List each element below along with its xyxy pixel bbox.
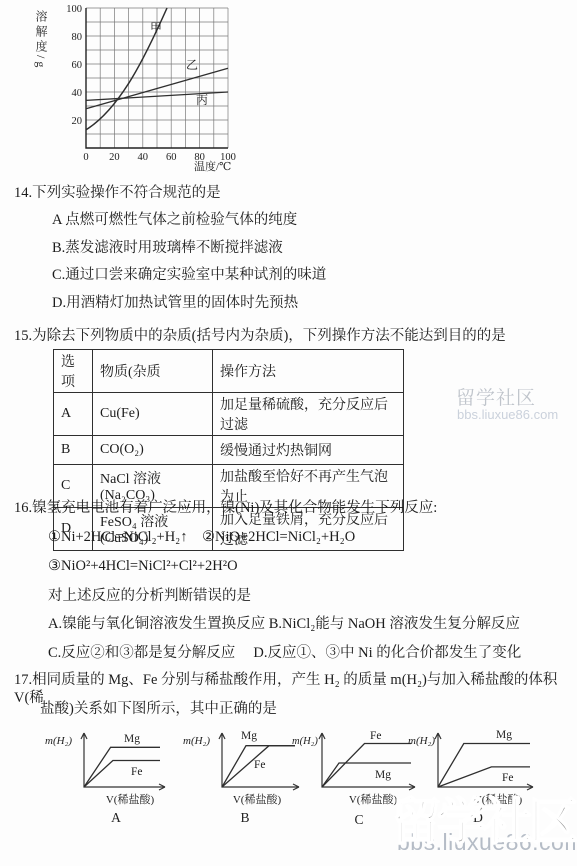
cell-method: 缓慢通过灼热铜网	[213, 436, 404, 465]
cell-option: A	[54, 393, 93, 436]
mg-label: Mg	[124, 733, 140, 745]
question-15-stem: 15.为除去下列物质中的杂质(括号内为杂质)，下列操作方法不能达到目的的是	[14, 327, 506, 345]
solubility-x-axis-label: 温度/℃	[194, 159, 231, 173]
question-17-stem-line2: 盐酸)关系如下图所示，其中正确的是	[40, 700, 277, 718]
axes	[322, 733, 415, 787]
axes	[438, 733, 533, 787]
cell-substance: Cu(Fe)	[93, 393, 213, 436]
solubility-chart: 甲 乙 丙 100 80 60 40 20 0 20 40 60 80 100 …	[26, 0, 244, 172]
cell-method: 加足量稀硫酸，充分反应后过滤	[213, 393, 404, 436]
y-label: m(H₂)	[408, 735, 435, 747]
q14-option-d: D.用酒精灯加热试管里的固体时先预热	[52, 294, 298, 312]
x-tick-60: 60	[166, 152, 177, 163]
x-label: V(稀盐酸)	[106, 792, 155, 806]
y-label: m(H₂)	[292, 736, 318, 747]
y-tick-80: 80	[72, 32, 83, 43]
table-row: B CO(O₂) 缓慢通过灼热铜网	[54, 436, 404, 465]
watermark-site-name-small: 留学社区	[456, 383, 536, 410]
curve-label-bing: 丙	[196, 93, 208, 107]
graph-letter: C	[354, 812, 363, 827]
header-option: 选项	[54, 350, 93, 393]
graph-letter: B	[240, 810, 249, 825]
q14-option-b: B.蒸发滤液时用玻璃棒不断搅拌滤液	[52, 239, 283, 257]
fe-label: Fe	[370, 730, 382, 742]
watermark-url-small: bbs.liuxue86.com	[457, 407, 558, 422]
y-label: m(H₂)	[45, 735, 72, 747]
q14-option-c: C.通过口尝来确定实验室中某种试剂的味道	[52, 266, 326, 284]
q16-equation-3: ③NiO²+4HCl=NiCl²+Cl²+2H²O	[48, 557, 238, 575]
curve-label-yi: 乙	[186, 58, 198, 72]
impurity-table: 选项 物质(杂质 操作方法 A Cu(Fe) 加足量稀硫酸，充分反应后过滤 B …	[53, 349, 404, 551]
q14-option-a: A 点燃可燃性气体之前检验气体的纯度	[52, 211, 297, 229]
mg-label: Mg	[496, 729, 512, 741]
axis-arrows	[81, 733, 165, 790]
table-row: A Cu(Fe) 加足量稀硫酸，充分反应后过滤	[54, 393, 404, 436]
header-method: 操作方法	[213, 350, 404, 393]
y-tick-100: 100	[66, 4, 82, 15]
y-tick-20: 20	[72, 116, 83, 127]
y-tick-60: 60	[72, 60, 83, 71]
mini-graph-b: m(H₂) Mg Fe V(稀盐酸) B	[177, 724, 307, 826]
q16-prompt: 对上述反应的分析判断错误的是	[48, 587, 251, 605]
fe-label: Fe	[131, 766, 143, 778]
curve-mg	[438, 744, 530, 788]
question-14-stem: 14.下列实验操作不符合规范的是	[14, 184, 221, 202]
graph-letter: A	[111, 810, 121, 825]
y-tick-40: 40	[72, 88, 83, 99]
fe-label: Fe	[254, 759, 266, 771]
x-tick-20: 20	[109, 152, 120, 163]
x-label: V(稀盐酸)	[233, 792, 282, 806]
mg-label: Mg	[375, 769, 391, 781]
watermark-site-name: 留学社区	[391, 782, 575, 854]
curve-fe	[84, 761, 160, 788]
x-tick-40: 40	[138, 152, 149, 163]
question-16-stem: 16.镍氢充电电池有着广泛应用，镍(Ni)及其化合物能发生下列反应:	[14, 499, 437, 517]
y-label: m(H₂)	[183, 735, 210, 747]
curve-mg	[84, 747, 160, 787]
curve-fe	[322, 744, 411, 788]
x-tick-0: 0	[83, 152, 88, 163]
cell-option: B	[54, 436, 93, 465]
cell-substance: CO(O₂)	[93, 436, 213, 465]
header-substance: 物质(杂质	[93, 350, 213, 393]
table-header-row: 选项 物质(杂质 操作方法	[54, 350, 404, 393]
curve-label-jia: 甲	[150, 21, 162, 35]
mini-graph-a: m(H₂) Mg Fe V(稀盐酸) A	[38, 724, 173, 826]
exam-page: 溶解度/g 甲 乙 丙 100 80 60 40 20 0 20 40 60 8…	[0, 0, 577, 866]
q16-options-ab: A.镍能与氧化铜溶液发生置换反应 B.NiCl₂能与 NaOH 溶液发生复分解反…	[48, 615, 520, 633]
q16-equations-1-2: ①Ni+2HCl=NiCl₂+H₂↑ ②NiO+2HCl=NiCl₂+H₂O	[48, 528, 355, 546]
mg-label: Mg	[241, 730, 257, 742]
q16-options-cd: C.反应②和③都是复分解反应 D.反应①、③中 Ni 的化合价都发生了变化	[48, 644, 521, 662]
